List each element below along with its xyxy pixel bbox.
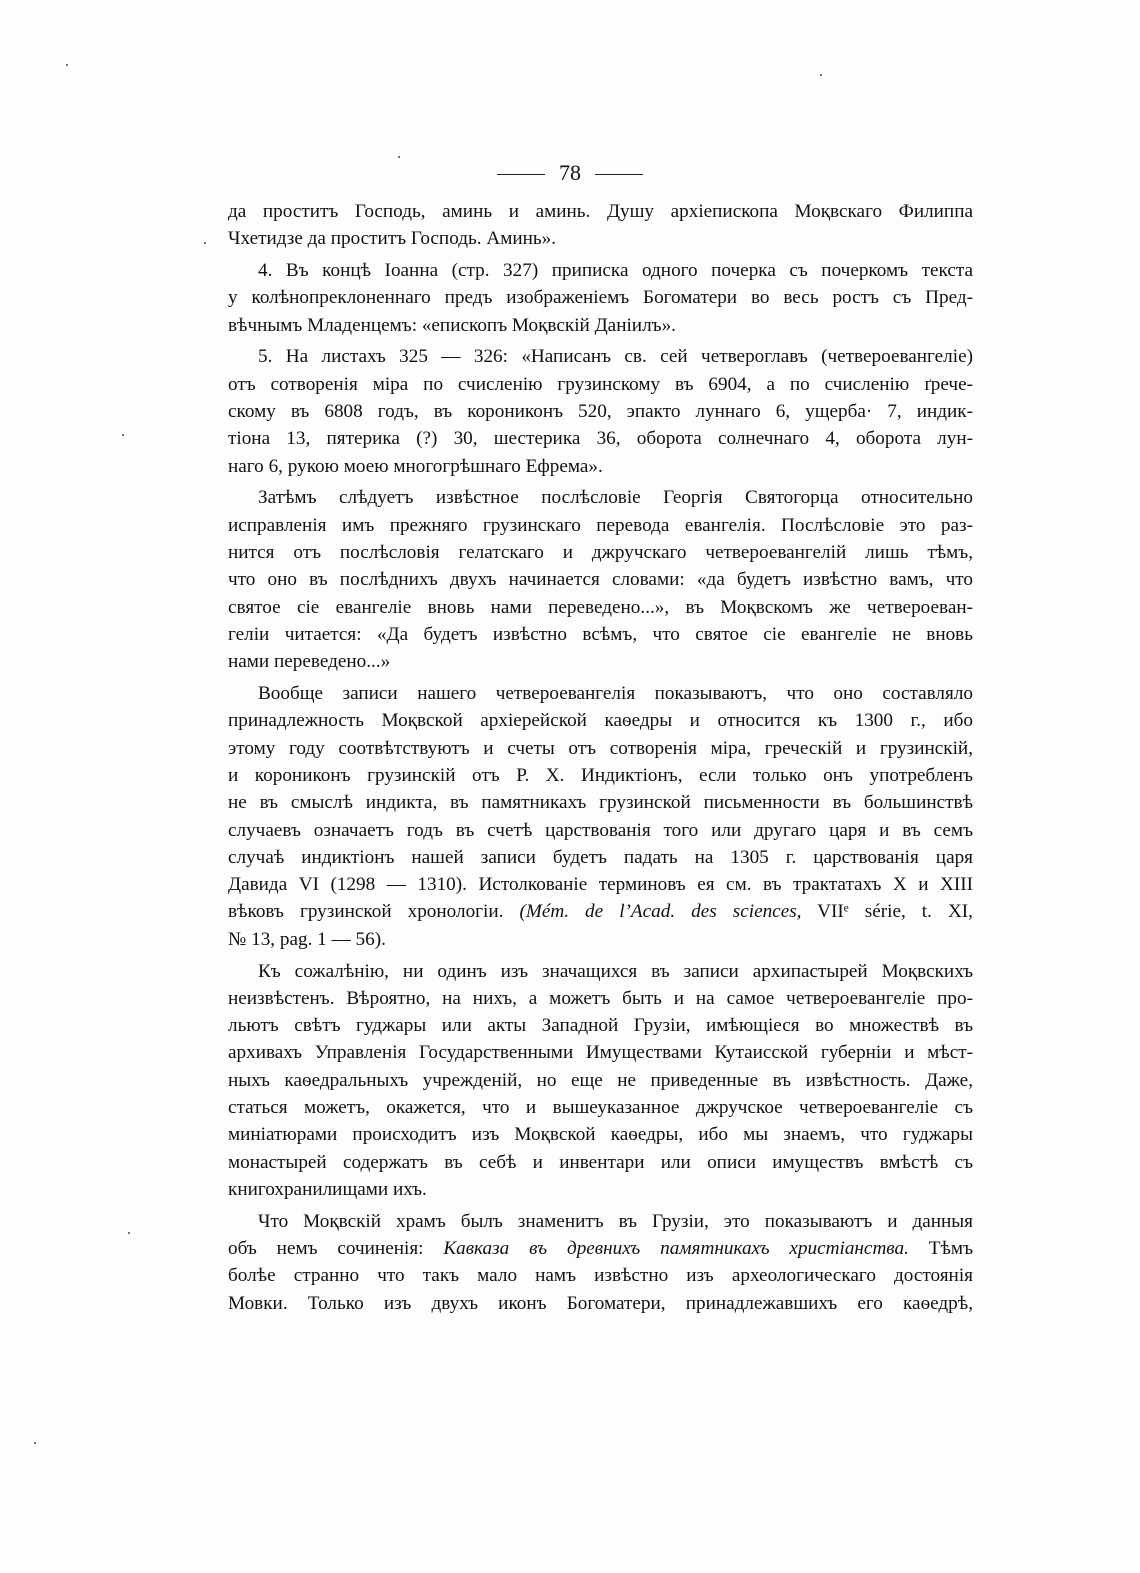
text-line: статься можетъ, окажется, что и вышеуказ… [228,1094,973,1121]
text-line: нится отъ послѣсловія гелатскаго и джруч… [228,539,973,566]
text-line: и корониконъ грузинскій отъ Р. Х. Индикт… [228,762,973,789]
scan-speck [66,64,68,66]
text-line: нами переведено...» [228,648,973,675]
paragraph-afterword: Затѣмъ слѣдуетъ извѣстное послѣсловіе Ге… [228,484,973,675]
paragraph-dating: Вообще записи нашего четвероевангелія по… [228,680,973,953]
scan-speck [204,242,206,244]
text-line: Затѣмъ слѣдуетъ извѣстное послѣсловіе Ге… [228,484,973,511]
text-line: Къ сожалѣнію, ни одинъ изъ значащихся въ… [228,958,973,985]
header-rule-right [595,174,643,175]
text-line: тіона 13, пятерика (?) 30, шестерика 36,… [228,425,973,452]
text-line: Чхетидзе да проститъ Господь. Аминь». [228,225,973,252]
text-line: что оно въ послѣднихъ двухъ начинается с… [228,566,973,593]
scan-speck [128,1232,130,1234]
text-line: 4. Въ концѣ Іоанна (стр. 327) приписка о… [228,257,973,284]
text-line: да проститъ Господь, аминь и аминь. Душу… [228,198,973,225]
header-rule-left [497,174,545,175]
text-line: 5. На листахъ 325 — 326: «Написанъ св. с… [228,343,973,370]
text-line: льютъ свѣтъ гуджары или акты Западной Гр… [228,1012,973,1039]
text-line: болѣе странно что такъ мало намъ извѣстн… [228,1262,973,1289]
paragraph-archpastors: Къ сожалѣнію, ни одинъ изъ значащихся въ… [228,958,973,1204]
document-page: 78 да проститъ Господь, аминь и аминь. Д… [0,0,1140,1573]
paragraph-continuation: да проститъ Господь, аминь и аминь. Душу… [228,198,973,253]
text-line: Мовки. Только изъ двухъ иконъ Богоматери… [228,1290,973,1317]
text-line: случаѣ индиктіонъ нашей записи будетъ па… [228,844,973,871]
text-line: монастырей содержатъ въ себѣ и инвентари… [228,1149,973,1176]
text-line: Что Моқвскій храмъ былъ знаменитъ въ Гру… [228,1208,973,1235]
paragraph-temple: Что Моқвскій храмъ былъ знаменитъ въ Гру… [228,1208,973,1317]
text-line: наго 6, рукою моею многогрѣшнаго Ефрема»… [228,453,973,480]
text-line: у колѣнопреклоненнаго предъ изображеніем… [228,284,973,311]
paragraph-item-5: 5. На листахъ 325 — 326: «Написанъ св. с… [228,343,973,479]
scan-speck [398,156,400,158]
text-line: неизвѣстенъ. Вѣроятно, на нихъ, а можетъ… [228,985,973,1012]
text-line: святое сіе евангеліе вновь нами переведе… [228,594,973,621]
text-line: отъ сотворенія міра по счисленію грузинс… [228,371,973,398]
text-line-with-citation: вѣковъ грузинской хронологіи. (Mém. de l… [228,898,973,925]
italic-title: Кавказа въ древнихъ памятникахъ христіан… [443,1238,909,1259]
text-line: архивахъ Управленія Государственными Иму… [228,1039,973,1066]
body-text: да проститъ Господь, аминь и аминь. Душу… [228,198,973,1321]
text-line: геліи читается: «Да будетъ извѣстно всѣм… [228,621,973,648]
text-line: исправленія имъ прежняго грузинскаго пер… [228,512,973,539]
scan-speck [122,434,124,436]
italic-title: (Mém. de l’Acad. des sciences, [519,901,801,922]
paragraph-item-4: 4. Въ концѣ Іоанна (стр. 327) приписка о… [228,257,973,339]
text-line: миніатюрами происходитъ изъ Моқвской каѳ… [228,1121,973,1148]
text-line: этому году соотвѣтствуютъ и счеты отъ со… [228,735,973,762]
text-line: ныхъ каѳедральныхъ учрежденій, но еще не… [228,1067,973,1094]
text-line: не въ смыслѣ индикта, въ памятникахъ гру… [228,789,973,816]
text-line: случаевъ означаетъ годъ въ счетѣ царство… [228,817,973,844]
scan-speck [820,74,822,76]
text-line-with-italic-title: объ немъ сочиненія: Кавказа въ древнихъ … [228,1235,973,1262]
text-line: вѣчнымъ Младенцемъ: «епископъ Моқвскій Д… [228,312,973,339]
text-line: Вообще записи нашего четвероевангелія по… [228,680,973,707]
page-number: 78 [559,160,581,185]
text-line: № 13, pag. 1 — 56). [228,926,973,953]
text-line: Давида VI (1298 — 1310). Истолкованіе те… [228,871,973,898]
text-line: скому въ 6808 годъ, въ корониконъ 520, э… [228,398,973,425]
text-line: принадлежность Моқвской архіерейской каѳ… [228,707,973,734]
text-line: книгохранилищами ихъ. [228,1176,973,1203]
page-number-header: 78 [0,160,1140,186]
scan-speck [34,1442,36,1444]
